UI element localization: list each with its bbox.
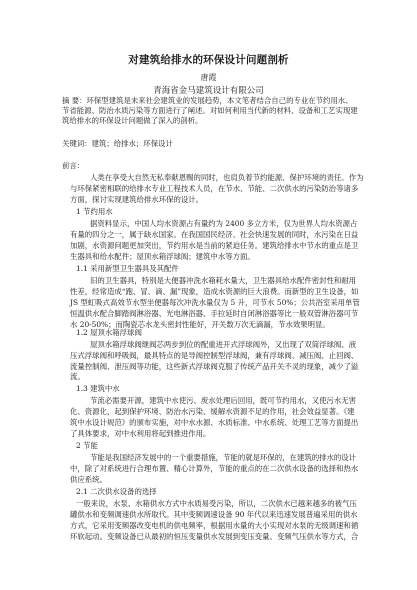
paragraph-line: 节能是我国经济发展中的一个重要措施，节能的就是环保的，在建筑的排水的设计 — [90, 453, 356, 463]
paper-title: 对建筑给排水的环保设计问题剖析 — [0, 52, 417, 67]
paragraph-line: 加剧，水资源问题更加突出，节约用水是当前的紧迫任务。建筑给排水中节水的重点是卫 — [70, 241, 358, 251]
paragraph-line: 与环保紧密相联的给排水专业工程技术人员，在节水、节能、二次供水的污染防治等诸多 — [70, 184, 358, 194]
paragraph-line: 中，除了对系统进行合理布置、精心计算外，节能的重点的在二次供水设备的选择和热水 — [70, 464, 358, 474]
paragraph-line: 生器具和给水配件；屋顶水箱浮球阀；建筑中水等方面。 — [70, 252, 255, 262]
paragraph-line: JS 型虹吸式高效节水型坐便器每次冲洗水量仅为 5 升，可节水 50%；公共浴室… — [70, 298, 360, 308]
paragraph-line: 供应系统。 — [70, 475, 107, 485]
paragraph-line: 性差，经常造成“跑、冒、滴、漏”现象，造成水资源的巨大浪费。而新型的卫生设备，如 — [70, 287, 358, 297]
abstract-line: 节省能源、防治水质污染等方面进行了阐述。对如何利用当代新的材料、设备和工艺实现建 — [62, 106, 358, 116]
paragraph-line: 罐供水和变频调速供水所取代。其中变频调速设备 90 年代以来迅速发展普遍采用的供… — [70, 510, 358, 520]
paragraph-line: 方式，它采用变频器改变电机的供电频率，根据用水量的大小实现对水泵的无级调速和循 — [70, 521, 358, 531]
section-heading: 1 节约用水 — [76, 207, 113, 217]
paragraph-line: 节流必需要开源，建筑中水使污、废水处理后回用，既可节约用水，又使污水无害 — [90, 396, 356, 406]
paragraph-line: 环软起动。变频设备已从最初的恒压变量供水发展到变压变量、变频气压供水等方式，合 — [70, 532, 358, 542]
paragraph-line: 筑中水设计规范》的颁布实施，对中水水源、水质标准、中水系统、处理工艺等方面提出 — [70, 418, 358, 428]
document-page: 对建筑给排水的环保设计问题剖析 唐霞 青海省金马建筑设计有限公司 摘 要：环保型… — [0, 0, 417, 590]
section-heading: 1.1 采用新型卫生器具及其配件 — [76, 264, 179, 274]
section-heading: 1.3 建筑中水 — [76, 384, 120, 394]
section-heading: 2 节能 — [76, 441, 98, 451]
paragraph-line: 屋顶水箱浮球阀继阀芯两步到位的配重进开式浮球阀外，又出现了双筒浮球阀、液 — [90, 340, 356, 350]
author-affiliation: 青海省金马建筑设计有限公司 — [0, 84, 417, 96]
paragraph-line: 人类在享受大自然无私奉献恩赐的同时，也肩负着节约能源、保护环境的责任。作为 — [90, 173, 363, 183]
abstract-line: 筑给排水的环保设计问题做了深入的剖析。 — [62, 116, 202, 126]
author-name: 唐霞 — [0, 72, 417, 83]
paragraph-line: 据资料显示，中国人均水资源占有量约为 2400 多立方米，仅为世界人均水资源占 — [90, 219, 357, 229]
preface-heading: 前言： — [62, 161, 84, 171]
paragraph-line: 恒温供水配合脚踏阀淋浴器、光电淋浴器、手拉延时自闭淋浴器等比一般双管淋浴器可节 — [70, 309, 358, 319]
section-heading: 2.1 二次供水设备的选择 — [76, 487, 157, 497]
paragraph-line: 有量的四分之一，属于缺水国家。在我国国民经济、社会快速发展的同时，水污染在日益 — [70, 230, 358, 240]
keywords: 关键词：建筑；给排水；环保设计 — [62, 139, 173, 149]
paragraph-line: 旧的卫生器具，特别是大便器冲洗水箱耗水量大，卫生器具给水配件密封性和耐用 — [90, 276, 356, 286]
paragraph-line: 了具体要求，对中水利用将起到推进作用。 — [70, 429, 210, 439]
paragraph-line: 方面，探讨实现建筑给排水环保的设计。 — [70, 195, 203, 205]
paragraph-line: 流。 — [70, 372, 85, 382]
paragraph-line: 压式浮球阀和呼吸阀，最具特点的是导阀控制型浮球阀，兼有浮球阀、减压阀、止回阀、 — [70, 351, 358, 361]
paragraph-line: 化、资源化，起到保护环境、防治水污染、缓解水资源不足的作用，社会效益显著。《建 — [70, 407, 355, 417]
paragraph-line: 一般来说，水泵、水箱供水方式中水质易受污染，所以，二次供水已越来越多的被气压 — [76, 499, 357, 509]
section-heading: 1.2 屋顶水箱浮球阀 — [76, 328, 142, 338]
paragraph-line: 流量控制阀、泄压阀等功能，这些新式浮球阀克服了传统产品开关不灵的现象，减少了溢 — [70, 362, 358, 372]
abstract-line: 摘 要：环保型建筑是未来社会建筑业的发展趋势，本文笔者结合自己的专业在节约用水、 — [62, 96, 353, 106]
